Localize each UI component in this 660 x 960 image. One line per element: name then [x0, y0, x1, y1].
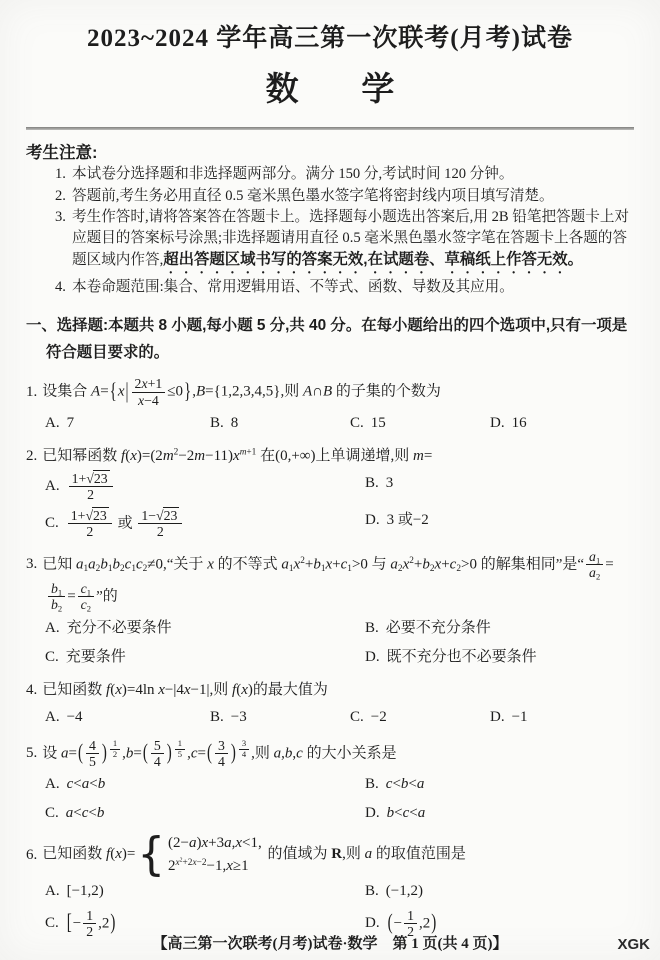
option-label: A.	[45, 478, 60, 494]
fraction: 1+√232	[69, 471, 113, 503]
denominator: c2	[78, 597, 94, 612]
notice-item-number: 2.	[55, 186, 66, 207]
big-delimiter: {	[110, 381, 117, 404]
radicand: 23	[93, 470, 110, 486]
option-label: D.	[365, 915, 380, 931]
options-row: A.c<a<bB.c<b<aC.a<c<bD.b<c<a	[26, 772, 634, 825]
math-variable: B	[196, 384, 205, 400]
math-variable: f	[106, 682, 110, 698]
superscript: x2+2x−2	[176, 858, 207, 868]
numerator: c1	[78, 581, 94, 597]
math-variable: c	[191, 745, 198, 761]
fraction: 15	[175, 739, 185, 759]
options-row: A.[−1,2)B.(−1,2)C.[−12,2)D.(−12,2)	[26, 879, 634, 940]
question-body-line: 5.设 a=(45)12,b=(54)15,c=(34)34,则 a,b,c 的…	[26, 738, 634, 770]
fraction: 1−√232	[138, 508, 182, 540]
numerator: 5	[151, 738, 164, 754]
notice-section: 考生注意: 1.本试卷分选择题和非选择题两部分。满分 150 分,考试时间 12…	[26, 143, 634, 298]
option-label: A.	[45, 883, 60, 899]
denominator: 2	[110, 750, 120, 760]
math-variable: m	[240, 447, 247, 457]
cases-brace: {	[137, 836, 165, 875]
math-variable: a	[88, 556, 96, 572]
denominator: b2	[48, 597, 65, 612]
math-variable: x	[192, 858, 196, 868]
math-variable: a	[418, 805, 426, 821]
math-variable: f	[121, 448, 125, 464]
math-variable: x	[207, 556, 214, 572]
math-variable: x	[226, 858, 233, 874]
question-2: 2.已知幂函数 f(x)=(2m2−2m−11)xm+1 在(0,+∞)上单调递…	[26, 444, 634, 540]
math-variable: b	[401, 776, 409, 792]
question-body-line: 1.设集合 A={x|2x+1x−4≤0},B={1,2,3,4,5},则 A∩…	[26, 376, 634, 408]
math-variable: c	[403, 805, 410, 821]
numerator: b1	[48, 581, 65, 597]
fraction: 34	[239, 739, 249, 759]
math-variable: c	[67, 776, 74, 792]
math-variable: a	[390, 556, 398, 572]
math-variable: x	[233, 448, 240, 464]
option-B: B.8	[210, 411, 350, 435]
fraction: 45	[86, 738, 99, 770]
numerator: 1−√23	[138, 508, 182, 524]
superscript: 2	[180, 857, 183, 863]
superscript: 15	[173, 744, 187, 754]
math-variable: a	[274, 745, 282, 761]
radical: √23	[156, 508, 179, 523]
options-row: A.7B.8C.15D.16	[26, 411, 634, 435]
option-label: A.	[45, 415, 60, 431]
option-C: C.a<c<b	[45, 801, 365, 825]
question-number: 6.	[26, 847, 37, 863]
option-C: C.−2	[350, 705, 490, 729]
superscript: 2	[300, 556, 305, 566]
question-body-line: b1b2=c1c2”的	[26, 581, 634, 613]
option-D: D.3 或−2	[365, 508, 634, 540]
cases-row: 2x2+2x−2−1,x≥1	[168, 857, 249, 876]
notice-item-number: 4.	[55, 277, 66, 298]
big-delimiter: )	[102, 742, 107, 765]
emphasized-text: 超出答题区域书写的答案无效,在试题卷、草稿纸上作答无效。	[163, 251, 583, 268]
section-heading: 一、选择题:本题共 8 小题,每小题 5 分,共 40 分。在每小题给出的四个选…	[26, 313, 634, 367]
notice-item-number: 3.	[55, 207, 66, 228]
option-label: B.	[365, 475, 379, 491]
math-variable: b	[285, 745, 293, 761]
math-variable: a	[66, 805, 74, 821]
notice-item: 4.本卷命题范围:集合、常用逻辑用语、不等式、函数、导数及其应用。	[26, 277, 634, 298]
big-delimiter: (	[207, 742, 212, 765]
math-variable: x	[184, 682, 191, 698]
math-variable: a	[82, 776, 90, 792]
math-variable: x	[130, 448, 137, 464]
math-variable: a	[365, 847, 373, 863]
math-variable: m	[194, 448, 205, 464]
numerator: 3	[215, 738, 228, 754]
cases-rows: (2−a)x+3a,x<1,2x2+2x−2−1,x≥1	[168, 834, 262, 876]
question-body-line: 3.已知 a1a2b1b2c1c2≠0,“关于 x 的不等式 a1x2+b1x+…	[26, 549, 634, 581]
math-variable: c	[386, 776, 393, 792]
question-body-line: 2.已知幂函数 f(x)=(2m2−2m−11)xm+1 在(0,+∞)上单调递…	[26, 444, 634, 468]
math-variable: a	[589, 565, 596, 580]
question-number: 2.	[26, 448, 37, 464]
option-A: A.充分不必要条件	[45, 616, 365, 640]
math-variable: b	[97, 805, 105, 821]
subscript: 1	[596, 555, 600, 565]
question-list: 1.设集合 A={x|2x+1x−4≤0},B={1,2,3,4,5},则 A∩…	[26, 376, 634, 940]
question-number: 3.	[26, 556, 37, 572]
option-B: B.−3	[210, 705, 350, 729]
notice-item: 2.答题前,考生务必用直径 0.5 毫米黑色墨水签字笔将密封线内项目填写清楚。	[26, 186, 634, 207]
option-C: C.15	[350, 411, 490, 435]
option-D: D.b<c<a	[365, 801, 634, 825]
big-delimiter: )	[231, 742, 236, 765]
math-variable: a	[417, 776, 425, 792]
denominator: 2	[154, 524, 167, 539]
option-label: B.	[365, 620, 379, 636]
fraction: 12	[110, 739, 120, 759]
math-variable: b	[422, 556, 430, 572]
option-label: D.	[365, 805, 380, 821]
page-footer: 【高三第一次联考(月考)试卷·数学 第 1 页(共 4 页)】 XGK	[0, 932, 660, 953]
exam-paper: 2023~2024 学年高三第一次联考(月考)试卷 数学 考生注意: 1.本试卷…	[0, 0, 660, 960]
subscript: 2	[143, 564, 148, 574]
question-6: 6.已知函数 f(x)={(2−a)x+3a,x<1,2x2+2x−2−1,x≥…	[26, 834, 634, 939]
option-label: B.	[365, 776, 379, 792]
numerator: 2x+1	[132, 376, 166, 392]
subscript: 2	[456, 564, 461, 574]
math-variable: x	[235, 835, 242, 851]
option-A: A.7	[45, 411, 210, 435]
radical: √23	[86, 471, 109, 486]
option-B: B.(−1,2)	[365, 879, 634, 903]
divider-line	[26, 127, 634, 130]
numerator: 1+√23	[68, 508, 112, 524]
radical: √23	[85, 508, 108, 523]
piecewise-cases: {(2−a)x+3a,x<1,2x2+2x−2−1,x≥1	[137, 834, 261, 876]
notice-item-number: 1.	[55, 164, 66, 185]
option-A: A.[−1,2)	[45, 879, 365, 903]
fraction: b1b2	[48, 581, 65, 613]
question-number: 1.	[26, 384, 37, 400]
option-C: C.充要条件	[45, 645, 365, 669]
fraction: 1+√232	[68, 508, 112, 540]
option-B: B.3	[365, 471, 634, 503]
notice-item: 3.考生作答时,请将答案答在答题卡上。选择题每小题选出答案后,用 2B 铅笔把答…	[26, 207, 634, 277]
math-variable: a	[76, 556, 84, 572]
math-variable: a	[189, 835, 197, 851]
option-A: A.1+√232	[45, 471, 365, 503]
numerator: 4	[86, 738, 99, 754]
math-variable: x	[241, 682, 248, 698]
superscript: 2	[174, 447, 179, 457]
question-1: 1.设集合 A={x|2x+1x−4≤0},B={1,2,3,4,5},则 A∩…	[26, 376, 634, 435]
option-A: A.c<a<b	[45, 772, 365, 796]
big-delimiter: )	[167, 742, 172, 765]
subscript: 2	[87, 604, 91, 614]
option-D: D.−1	[490, 705, 634, 729]
math-variable: c	[136, 556, 143, 572]
math-variable: a	[281, 556, 289, 572]
subscript: 1	[87, 587, 91, 597]
option-D: D.既不充分也不必要条件	[365, 645, 634, 669]
denominator: 4	[151, 754, 164, 769]
math-variable: a	[224, 835, 232, 851]
math-variable: x	[118, 384, 125, 400]
notice-item: 1.本试卷分选择题和非选择题两部分。满分 150 分,考试时间 120 分钟。	[26, 164, 634, 185]
math-variable: b	[98, 776, 106, 792]
math-variable: b	[313, 556, 321, 572]
option-label: C.	[45, 915, 59, 931]
math-variable: x	[115, 682, 122, 698]
numerator: 1	[83, 908, 96, 924]
subscript: 1	[58, 587, 62, 597]
math-variable: A	[91, 384, 100, 400]
subscript: 1	[347, 564, 352, 574]
math-variable: f	[232, 682, 236, 698]
question-number: 5.	[26, 745, 37, 761]
option-label: C.	[350, 415, 364, 431]
math-variable: B	[323, 384, 332, 400]
math-variable: x	[141, 376, 147, 391]
option-label: C.	[45, 649, 59, 665]
numerator: 1	[404, 908, 417, 924]
denominator: x−4	[135, 393, 162, 408]
question-4: 4.已知函数 f(x)=4ln x−|4x−1|,则 f(x)的最大值为A.−4…	[26, 678, 634, 729]
option-label: B.	[365, 883, 379, 899]
big-delimiter: (	[78, 742, 83, 765]
big-delimiter: |	[126, 381, 129, 404]
question-body-line: 6.已知函数 f(x)={(2−a)x+3a,x<1,2x2+2x−2−1,x≥…	[26, 834, 634, 876]
option-A: A.−4	[45, 705, 210, 729]
options-row: A.1+√232B.3C.1+√232 或 1−√232D.3 或−2	[26, 471, 634, 540]
denominator: 4	[239, 750, 249, 760]
option-label: A.	[45, 620, 60, 636]
notice-heading: 考生注意:	[26, 143, 634, 164]
option-B: B.必要不充分条件	[365, 616, 634, 640]
bold-text: R	[331, 847, 342, 863]
math-variable: m	[163, 448, 174, 464]
option-label: B.	[210, 709, 224, 725]
option-label: B.	[210, 415, 224, 431]
footer-text: 【高三第一次联考(月考)试卷·数学 第 1 页(共 4 页)】	[153, 936, 508, 952]
math-variable: b	[126, 745, 134, 761]
superscript: m+1	[240, 447, 257, 457]
math-variable: b	[100, 556, 108, 572]
option-label: D.	[365, 512, 380, 528]
math-variable: f	[106, 847, 110, 863]
subject-title: 数学	[26, 63, 634, 110]
option-D: D.16	[490, 411, 634, 435]
math-variable: b	[112, 556, 120, 572]
option-label: C.	[350, 709, 364, 725]
math-variable: x	[138, 393, 144, 408]
options-row: A.充分不必要条件B.必要不充分条件C.充要条件D.既不充分也不必要条件	[26, 616, 634, 669]
denominator: 2	[83, 524, 96, 539]
option-label: D.	[490, 709, 505, 725]
fraction: a1a2	[586, 549, 603, 581]
option-C: C.1+√232 或 1−√232	[45, 508, 365, 540]
radicand: 23	[163, 507, 180, 523]
math-variable: x	[158, 682, 165, 698]
superscript: 34	[237, 744, 251, 754]
superscript: 12	[108, 744, 122, 754]
math-variable: x	[435, 556, 442, 572]
denominator: 2	[84, 487, 97, 502]
cases-row: (2−a)x+3a,x<1,	[168, 834, 262, 853]
numerator: a1	[586, 549, 603, 565]
math-variable: x	[325, 556, 332, 572]
option-label: C.	[45, 515, 59, 531]
fraction: 54	[151, 738, 164, 770]
radicand: 23	[92, 507, 109, 523]
subscript: 2	[596, 572, 600, 582]
option-label: D.	[365, 649, 380, 665]
subscript: 2	[58, 604, 62, 614]
math-variable: b	[387, 805, 395, 821]
question-number: 4.	[26, 682, 37, 698]
superscript: 2	[409, 556, 414, 566]
fraction: c1c2	[78, 581, 94, 613]
numerator: 1+√23	[69, 471, 113, 487]
big-delimiter: (	[143, 742, 148, 765]
fraction: 2x+1x−4	[132, 376, 166, 408]
fraction: 34	[215, 738, 228, 770]
option-label: A.	[45, 709, 60, 725]
page-title: 2023~2024 学年高三第一次联考(月考)试卷	[26, 18, 634, 54]
math-variable: b	[51, 581, 58, 596]
math-variable: a	[61, 745, 69, 761]
question-5: 5.设 a=(45)12,b=(54)15,c=(34)34,则 a,b,c 的…	[26, 738, 634, 826]
math-variable: c	[82, 805, 89, 821]
question-body-line: 4.已知函数 f(x)=4ln x−|4x−1|,则 f(x)的最大值为	[26, 678, 634, 702]
math-variable: c	[296, 745, 303, 761]
math-variable: b	[51, 597, 58, 612]
math-variable: x	[201, 835, 208, 851]
option-B: B.c<b<a	[365, 772, 634, 796]
option-label: D.	[490, 415, 505, 431]
math-variable: a	[589, 549, 596, 564]
notice-items: 1.本试卷分选择题和非选择题两部分。满分 150 分,考试时间 120 分钟。2…	[26, 164, 634, 298]
option-label: A.	[45, 776, 60, 792]
denominator: 4	[215, 754, 228, 769]
question-3: 3.已知 a1a2b1b2c1c2≠0,“关于 x 的不等式 a1x2+b1x+…	[26, 549, 634, 669]
math-variable: A	[303, 384, 312, 400]
footer-code: XGK	[617, 936, 650, 953]
big-delimiter: }	[184, 381, 191, 404]
options-row: A.−4B.−3C.−2D.−1	[26, 705, 634, 729]
math-variable: m	[413, 448, 424, 464]
option-label: C.	[45, 805, 59, 821]
denominator: 5	[175, 750, 185, 760]
denominator: a2	[586, 565, 603, 580]
math-variable: x	[115, 847, 122, 863]
denominator: 5	[86, 754, 99, 769]
